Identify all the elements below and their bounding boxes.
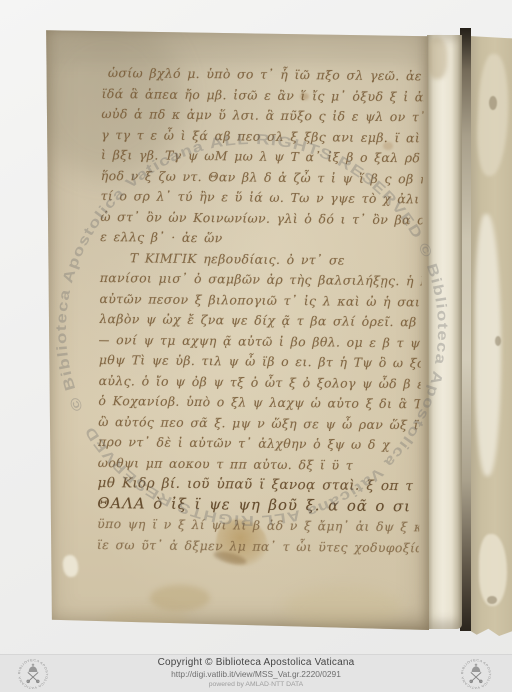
torn-paper-patch bbox=[475, 53, 511, 176]
paper-speck bbox=[495, 336, 501, 346]
manuscript-url: http://digi.vatlib.it/view/MSS_Vat.gr.22… bbox=[0, 669, 512, 679]
manuscript-text-line: ωὐδ ἁ πδ κ ἀμν ὕ λσι. ἃ πῦξο ς ἰδ ε ψλ ο… bbox=[101, 104, 423, 128]
manuscript-text-line: ὁ Κοχανίοβ. ὑπὸ ο ξλ ψ λαχψ ὡ αὐτο ξ δι … bbox=[98, 391, 420, 415]
page-fore-edge bbox=[427, 35, 462, 629]
powered-by-line: powered by AMLAD·NTT DATA bbox=[0, 680, 512, 689]
vatican-library-seal: BIBLIOTECA APOSTOLICA VATICANA bbox=[460, 658, 492, 690]
manuscript-text-line: λαβὸν ψ ὠχ ἔ ζνα ψε δίχ ᾷ τ βα σλί ὁρεῖ.… bbox=[99, 309, 421, 333]
manuscript-text-line: ϋπο ψη ϊ ν ξ λί ψι λι β ἀδ ν ξ ἄμη᾽ ἀι δ… bbox=[97, 514, 419, 538]
footer-text-block: Copyright © Biblioteca Apostolica Vatica… bbox=[0, 657, 512, 689]
paper-speck bbox=[487, 596, 497, 604]
manuscript-text-line: ὡσίω βχλό μ. ὑπὸ σο τ᾽ ἧ ϊῶ πξο σλ γεῶ. … bbox=[108, 63, 424, 87]
facing-page-edge bbox=[469, 36, 512, 636]
viewer-footer: BIBLIOTECA APOSTOLICA VATICANA Copyright… bbox=[0, 654, 512, 692]
papal-tiara-icon bbox=[472, 664, 481, 672]
scan-viewer: ὡσίω βχλό μ. ὑπὸ σο τ᾽ ἧ ϊῶ πξο σλ γεῶ. … bbox=[0, 0, 512, 692]
manuscript-text-line: τί ο σρ λ᾽ τύ ἢν ε ὕ ἰά ω. Τω ν γψε τὸ χ… bbox=[100, 186, 422, 210]
seal-ring-text: BIBLIOTECA APOSTOLICA VATICANA bbox=[460, 658, 492, 690]
manuscript-text-line: μθ Κιδρ βί. ιοῦ ὑπαῦ ϊ ξανοᾳ σταὶ. ξ οπ … bbox=[97, 473, 419, 497]
manuscript-text-line: ϊε σω ῦτ᾽ ἀ δξμεν λμ πα᾽ τ ὧι ϋτες χοδυφ… bbox=[97, 534, 419, 558]
manuscript-page: ὡσίω βχλό μ. ὑπὸ σο τ᾽ ἧ ϊῶ πξο σλ γεῶ. … bbox=[45, 29, 429, 630]
manuscript-text-line: ε ελλς β᾽ · ἀε ὥν bbox=[100, 227, 422, 251]
copyright-line: Copyright © Biblioteca Apostolica Vatica… bbox=[0, 657, 512, 669]
svg-text:BIBLIOTECA APOSTOLICA VATICANA: BIBLIOTECA APOSTOLICA VATICANA bbox=[460, 658, 492, 690]
manuscript-text-line: ὶ βξι γβ. Τγ ψ ωΜ μω λ ψ Τ α᾽ ἰξ β ο ξαλ… bbox=[101, 145, 423, 169]
paper-speck bbox=[489, 96, 497, 110]
paper-stain bbox=[62, 554, 80, 578]
manuscript-text-line: μθψ Τὶ ψε ὐβ. τιλ ψ ὦ ϊβ ο ει. βτ ἡ Τψ ὃ… bbox=[99, 350, 421, 374]
manuscript-text-block: ὡσίω βχλό μ. ὑπὸ σο τ᾽ ἧ ϊῶ πξο σλ γεῶ. … bbox=[97, 63, 424, 558]
manuscript-text-line: πανίσοι μισ᾽ ὀ σαμβῶν ἀρ τὴς βαλσιλήξῃς.… bbox=[100, 268, 422, 292]
paper-stain bbox=[150, 585, 210, 611]
paper-stain bbox=[283, 587, 403, 627]
crossed-keys-icon bbox=[470, 673, 482, 683]
paper-stain bbox=[427, 37, 447, 79]
manuscript-text-line: προ ντ᾽ δὲ ἰ αὐτῶν τ᾽ ἀλχθην ὁ ξψ ω δ χ bbox=[98, 432, 420, 456]
